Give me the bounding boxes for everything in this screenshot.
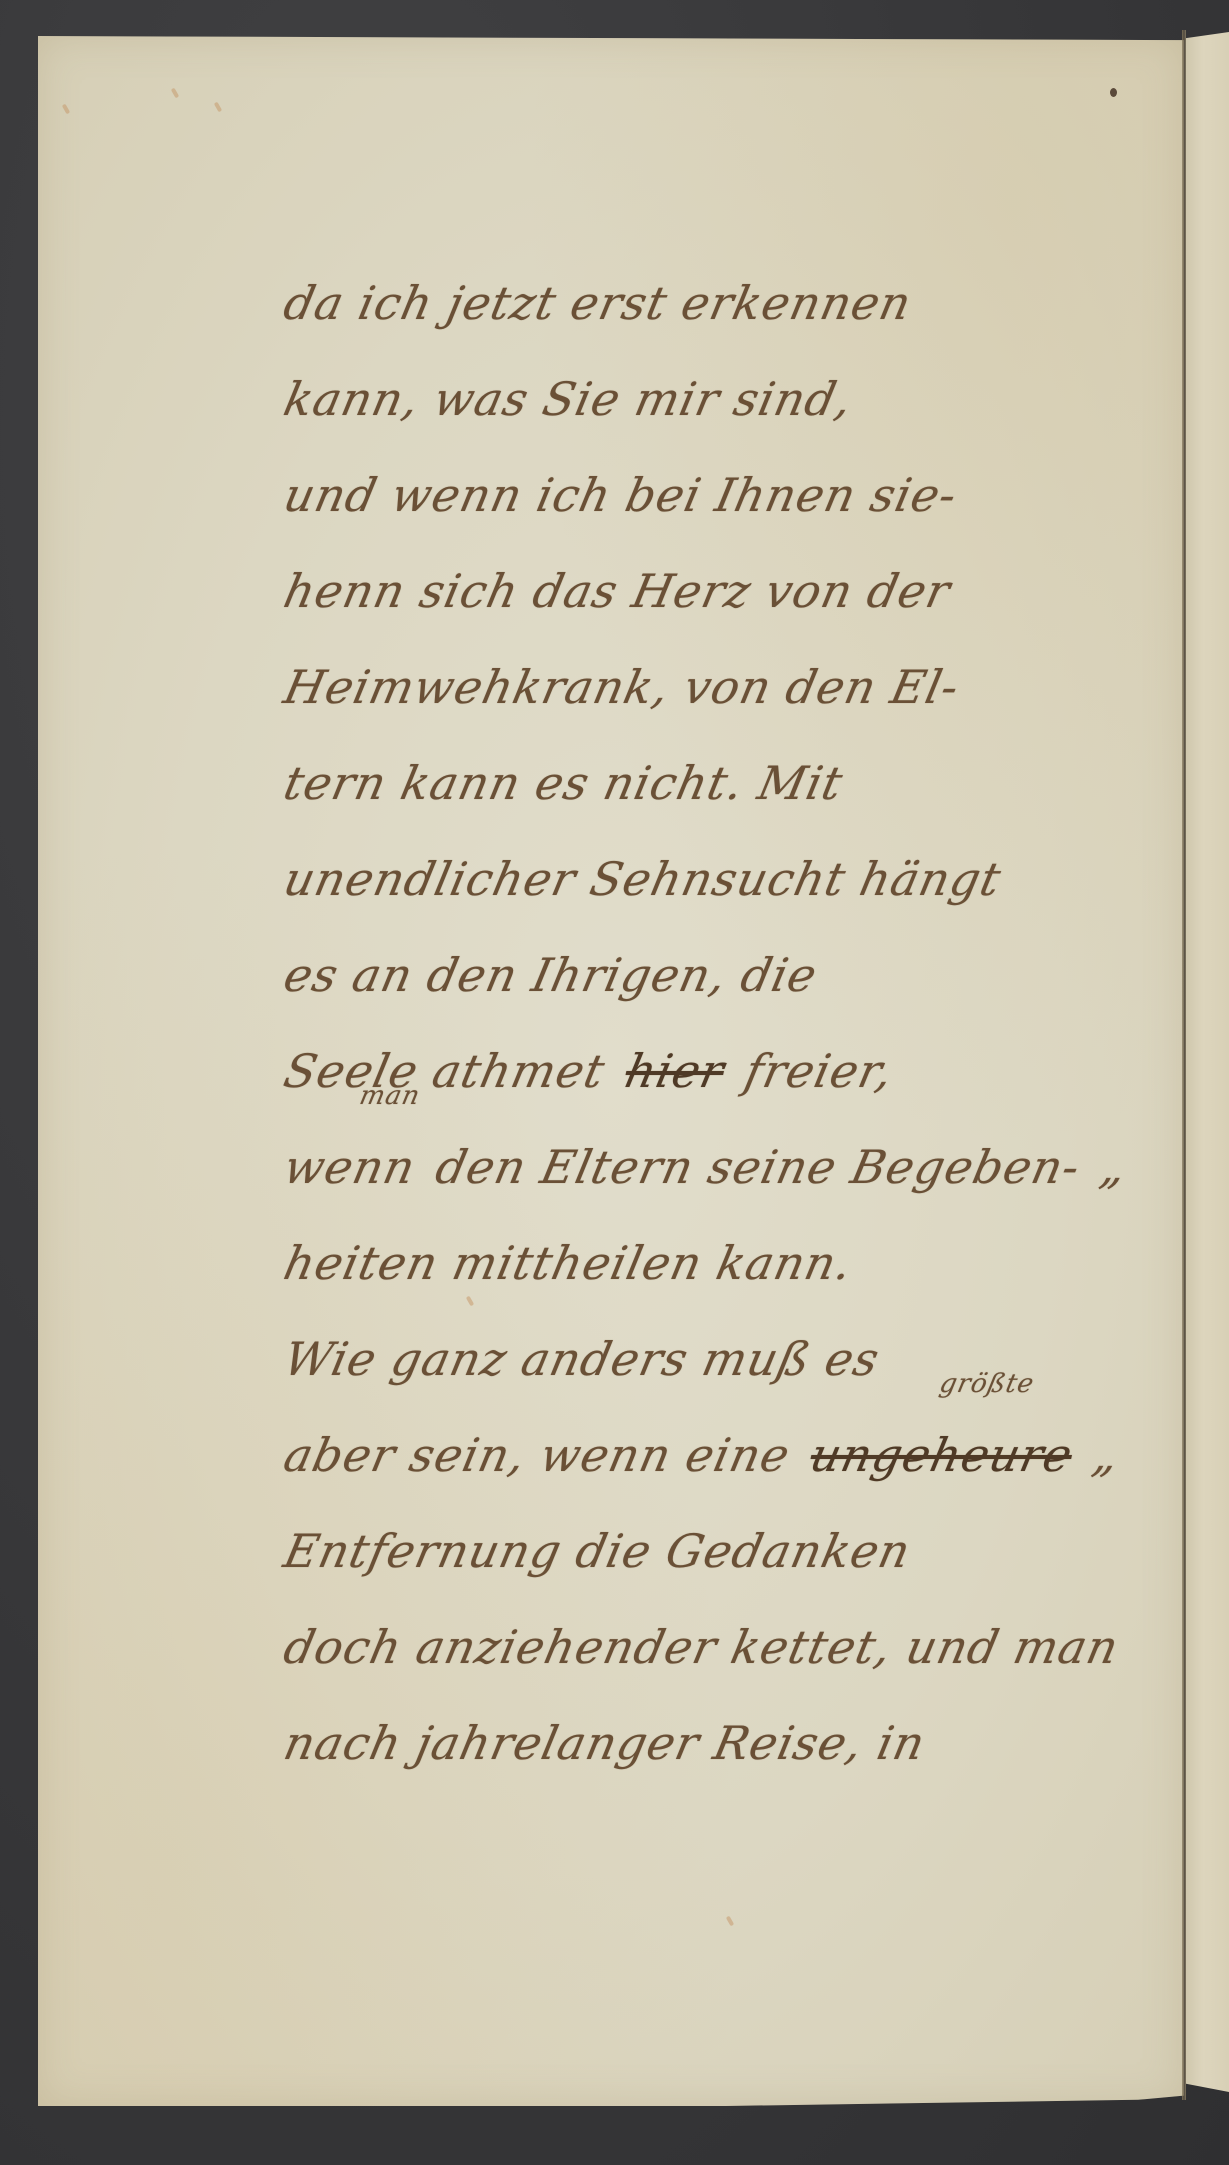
line-text: es an den Ihrigen, die xyxy=(279,948,822,1002)
text-line: doch anziehender kettet, und man xyxy=(275,1599,1115,1695)
text-line: nach jahrelanger Reise, in xyxy=(275,1695,1115,1791)
line-text: freier, xyxy=(740,1044,898,1098)
paper-fleck xyxy=(62,104,70,115)
text-line: man wennden Eltern seine Begeben-„ xyxy=(275,1119,1115,1215)
line-text: tern kann es nicht. Mit xyxy=(279,756,848,810)
text-line: da ich jetzt erst erkennen xyxy=(275,255,1115,351)
struck-word: ungeheure xyxy=(806,1428,1078,1482)
paper-fleck xyxy=(726,1916,734,1927)
text-line: Entfernung die Gedanken xyxy=(275,1503,1115,1599)
line-text: unendlicher Sehnsucht hängt xyxy=(279,852,1006,906)
struck-word: hier xyxy=(621,1044,730,1098)
line-text: aber sein, wenn eine xyxy=(279,1428,795,1482)
text-line: es an den Ihrigen, die xyxy=(275,927,1115,1023)
interlinear-insertion: man xyxy=(357,1081,423,1111)
line-text: nach jahrelanger Reise, in xyxy=(279,1716,930,1770)
text-line: unendlicher Sehnsucht hängt xyxy=(275,831,1115,927)
line-text: wenn xyxy=(279,1140,420,1194)
line-text: Heimwehkrank, von den El- xyxy=(279,660,964,714)
line-text: und wenn ich bei Ihnen sie- xyxy=(279,468,962,522)
line-text: Wie ganz anders muß es xyxy=(279,1332,884,1386)
line-text: Entfernung die Gedanken xyxy=(279,1524,916,1578)
line-text: kann, was Sie mir sind, xyxy=(279,372,857,426)
line-text: doch anziehender kettet, und man xyxy=(279,1620,1124,1674)
ink-speck xyxy=(1110,88,1117,97)
line-text: henn sich das Herz von der xyxy=(279,564,955,618)
interlinear-insertion: größte xyxy=(937,1369,1037,1399)
paper-fleck xyxy=(171,88,179,99)
text-line: Heimwehkrank, von den El- xyxy=(275,639,1115,735)
line-text: Seele athmet xyxy=(279,1044,610,1098)
text-line: tern kann es nicht. Mit xyxy=(275,735,1115,831)
binding-gutter xyxy=(1182,30,1186,2100)
handwritten-text: da ich jetzt erst erkennen kann, was Sie… xyxy=(285,255,1105,1791)
line-text: da ich jetzt erst erkennen xyxy=(279,276,916,330)
text-line: größte aber sein, wenn eineungeheure„ xyxy=(275,1407,1115,1503)
line-text: den Eltern seine Begeben- xyxy=(431,1140,1085,1194)
text-line: heiten mittheilen kann. xyxy=(275,1215,1115,1311)
line-text: heiten mittheilen kann. xyxy=(279,1236,857,1290)
paper-fleck xyxy=(214,102,222,113)
facing-page-edge xyxy=(1186,32,1229,2092)
text-line: kann, was Sie mir sind, xyxy=(275,351,1115,447)
text-line: henn sich das Herz von der xyxy=(275,543,1115,639)
text-line: und wenn ich bei Ihnen sie- xyxy=(275,447,1115,543)
